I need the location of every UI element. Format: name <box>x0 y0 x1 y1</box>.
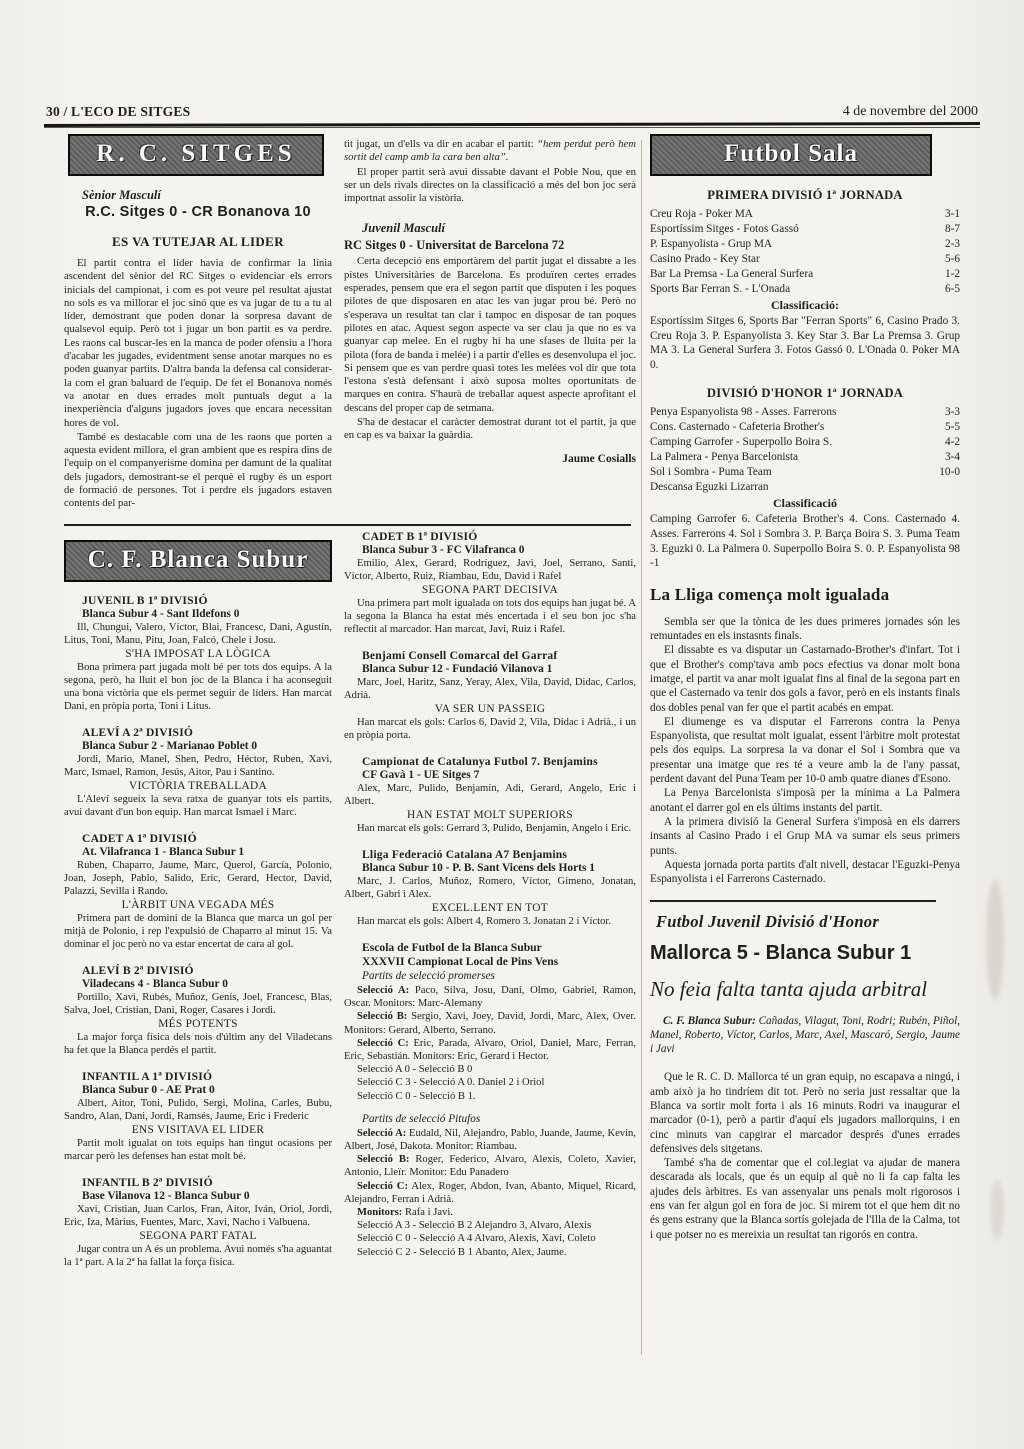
match-name: La Palmera - Penya Barcelonista <box>650 450 798 465</box>
seleccio-line: Selecció B: Sergio, Xavi, Joey, David, J… <box>344 1010 636 1036</box>
section-body: Han marcat els gols: Carlos 6, David 2, … <box>344 716 636 742</box>
lliga-paragraph: La Penya Barcelonista s'imposà per la mí… <box>650 786 960 815</box>
section-title: CADET B 1ª DIVISIÓ <box>362 530 636 543</box>
section-body: L'Aleví segueix la seva ratxa de guanyar… <box>64 793 332 819</box>
article-paragraph: Certa decepció ens emportàrem del partit… <box>344 255 636 415</box>
section-subhead: MÉS POTENTS <box>64 1018 332 1030</box>
section-scoreline: Blanca Subur 3 - FC Vilafranca 0 <box>362 544 636 556</box>
match-report-section: Lliga Federació Catalana A7 Benjamins Bl… <box>344 848 636 928</box>
rc-sitges-banner: R. C. SITGES <box>68 134 324 176</box>
match-name: Bar La Premsa - La General Surfera <box>650 267 813 282</box>
match-report-section: Campionat de Catalunya Futbol 7. Benjami… <box>344 755 636 835</box>
page-number-title: 30 / L'ECO DE SITGES <box>46 104 190 120</box>
section-title: Benjamí Consell Comarcal del Garraf <box>362 649 636 662</box>
section-title: INFANTIL A 1ª DIVISIÓ <box>82 1070 332 1083</box>
section-body: Bona primera part jugada molt bé per tot… <box>64 661 332 713</box>
section-title: JUVENIL B 1ª DIVISIÓ <box>82 594 332 607</box>
column-divider-rule <box>641 140 642 1355</box>
seleccio-result: Selecció A 3 - Selecció B 2 Alejandro 3,… <box>357 1220 591 1231</box>
section-subhead: L'ÀRBIT UNA VEGADA MÉS <box>64 899 332 911</box>
rest-note-row: Descansa Eguzki Lizarran <box>650 480 960 495</box>
rugby-juvenil-scoreline: RC Sitges 0 - Universitat de Barcelona 7… <box>344 238 636 253</box>
seleccio-result: Selecció C 0 - Selecció A 4 Alvaro, Alex… <box>357 1233 596 1244</box>
players-list: Albert, Aitor, Toni, Pulido, Sergi, Moli… <box>64 1097 332 1123</box>
players-list: Ill, Chungui, Valero, Víctor, Blai, Fran… <box>64 621 332 647</box>
match-name: P. Espanyolista - Grup MA <box>650 237 772 252</box>
section-subhead: ENS VISITAVA EL LIDER <box>64 1124 332 1136</box>
section-scoreline: Base Vilanova 12 - Blanca Subur 0 <box>82 1190 332 1202</box>
match-name: Sol i Sombra - Puma Team <box>650 465 772 480</box>
monitors-label: Monitors: <box>357 1207 402 1218</box>
match-report-section: INFANTIL B 2ª DIVISIÓ Base Vilanova 12 -… <box>64 1176 332 1269</box>
match-result-row: Cons. Casternado - Cafeteria Brother's5-… <box>650 420 960 435</box>
classificacio-title: Classificació: <box>650 298 960 313</box>
seleccio-label: Selecció C: <box>357 1181 408 1192</box>
seleccio-line: Selecció A: Eudald, Nil, Alejandro, Pabl… <box>344 1127 636 1153</box>
article-paragraph: També es destacable com una de les raons… <box>64 431 332 511</box>
section-body: Una primera part molt igualada on tots d… <box>344 597 636 636</box>
players-list: Alex, Marc, Pulido, Benjamín, Adi, Gerar… <box>344 782 636 808</box>
lliga-headline: La Lliga comença molt igualada <box>650 585 960 605</box>
section-subhead: S'HA IMPOSAT LA LÒGICA <box>64 648 332 660</box>
lliga-paragraph: Sembla ser que la tònica de les dues pri… <box>650 615 960 644</box>
futbol-juvenil-kicker: Futbol Juvenil Divisió d'Honor <box>656 912 960 932</box>
seleccio-line: Selecció B: Roger, Federico, Alvaro, Ale… <box>344 1153 636 1179</box>
match-report-section: Benjamí Consell Comarcal del Garraf Blan… <box>344 649 636 742</box>
seleccio-result-line: Selecció C 0 - Selecció A 4 Alvaro, Alex… <box>344 1232 636 1245</box>
juvenil-paragraph: També s'ha de comentar que el col.legiat… <box>650 1156 960 1242</box>
scan-smudge <box>990 1180 1004 1240</box>
category-senior-masculi: Sènior Masculí <box>82 188 332 203</box>
seleccio-label: Selecció A: <box>357 1128 406 1139</box>
match-result-row: Bar La Premsa - La General Surfera1-2 <box>650 267 960 282</box>
section-scoreline: At. Vilafranca 1 - Blanca Subur 1 <box>82 846 332 858</box>
section-body: Partit molt igualat on tots equips han t… <box>64 1137 332 1163</box>
lineup-credit: C. F. Blanca Subur: Cañadas, Vilagut, To… <box>650 1014 960 1056</box>
article-paragraph: El proper partit serà avui dissabte dava… <box>344 166 636 206</box>
match-name: Camping Garrofer - Superpollo Boira S. <box>650 435 832 450</box>
newspaper-page: { "header": { "page_title": "30 / L'ECO … <box>0 0 1024 1449</box>
blanca-subur-middle-column: CADET B 1ª DIVISIÓ Blanca Subur 3 - FC V… <box>344 530 636 1272</box>
rest-note: Descansa Eguzki Lizarran <box>650 480 769 495</box>
section-title: Campionat de Catalunya Futbol 7. Benjami… <box>362 755 636 768</box>
match-result-row: Sol i Sombra - Puma Team10-0 <box>650 465 960 480</box>
futbol-juvenil-top-rule <box>650 900 936 902</box>
seleccio-result-line: Selecció A 0 - Selecció B 0 <box>344 1063 636 1076</box>
match-report-section: INFANTIL A 1ª DIVISIÓ Blanca Subur 0 - A… <box>64 1070 332 1163</box>
section-subhead: HAN ESTAT MOLT SUPERIORS <box>344 809 636 821</box>
blanca-subur-banner: C. F. Blanca Subur <box>64 540 332 582</box>
match-result-row: La Palmera - Penya Barcelonista3-4 <box>650 450 960 465</box>
seleccio-label: Selecció A: <box>357 985 409 996</box>
players-list: Jordi, Mario, Manel, Shen, Pedro, Héctor… <box>64 753 332 779</box>
primera-divisio-block: PRIMERA DIVISIÓ 1ª JORNADA Creu Roja - P… <box>650 188 960 372</box>
seleccio-result-line: Selecció C 3 - Selecció A 0. Daniel 2 i … <box>344 1076 636 1089</box>
rugby-section-bottom-rule <box>64 524 631 526</box>
rugby-headline: ES VA TUTEJAR AL LIDER <box>64 234 332 250</box>
lliga-paragraph: El dissabte es va disputar un Castarnado… <box>650 643 960 714</box>
match-score: 1-2 <box>945 267 960 282</box>
section-title: ALEVÍ B 2ª DIVISIÓ <box>82 964 332 977</box>
lliga-paragraph: Aquesta jornada porta partits d'alt nive… <box>650 858 960 887</box>
match-report-section: ALEVÍ A 2ª DIVISIÓ Blanca Subur 2 - Mari… <box>64 726 332 819</box>
rugby-senior-scoreline: R.C. Sitges 0 - CR Bonanova 10 <box>64 204 332 220</box>
section-body: Jugar contra un A és un problema. Avui n… <box>64 1243 332 1269</box>
section-title: Lliga Federació Catalana A7 Benjamins <box>362 848 636 861</box>
section-scoreline: Viladecans 4 - Blanca Subur 0 <box>82 978 332 990</box>
match-result-row: Creu Roja - Poker MA3-1 <box>650 207 960 222</box>
match-score: 8-7 <box>945 222 960 237</box>
rc-sitges-continuation-column: tit jugat, un d'ells va dir en acabar el… <box>344 138 636 465</box>
divisio-honor-title: DIVISIÓ D'HONOR 1ª JORNADA <box>650 386 960 401</box>
seleccio-line: Selecció A: Paco, Silva, Josu, Dani, Olm… <box>344 984 636 1010</box>
section-subhead: EXCEL.LENT EN TOT <box>344 902 636 914</box>
primera-divisio-title: PRIMERA DIVISIÓ 1ª JORNADA <box>650 188 960 203</box>
match-report-section: JUVENIL B 1ª DIVISIÓ Blanca Subur 4 - Sa… <box>64 594 332 713</box>
seleccio-result: Selecció C 2 - Selecció B 1 Abanto, Alex… <box>357 1247 566 1258</box>
players-list: Portillo, Xavi, Rubés, Muñoz, Genís, Joe… <box>64 991 332 1017</box>
mallorca-scoreline: Mallorca 5 - Blanca Subur 1 <box>650 942 960 965</box>
match-score: 4-2 <box>945 435 960 450</box>
section-title: ALEVÍ A 2ª DIVISIÓ <box>82 726 332 739</box>
match-name: Creu Roja - Poker MA <box>650 207 753 222</box>
match-score: 2-3 <box>945 237 960 252</box>
escola-futbol-section: Escola de Futbol de la Blanca Subur XXXV… <box>344 941 636 1259</box>
match-score: 6-5 <box>945 282 960 297</box>
section-body: Han marcat els gols: Gerrard 3, Pulido, … <box>344 822 636 835</box>
category-juvenil-masculi: Juvenil Masculí <box>362 221 636 236</box>
seleccio-result: Selecció C 3 - Selecció A 0. Daniel 2 i … <box>357 1077 544 1088</box>
seleccio-result-line: Selecció A 3 - Selecció B 2 Alejandro 3,… <box>344 1219 636 1232</box>
monitors-names: Rafa i Javi. <box>405 1207 453 1218</box>
continuation-text: tit jugat, un d'ells va dir en acabar el… <box>344 138 537 150</box>
seleccio-label: Selecció B: <box>357 1011 407 1022</box>
section-scoreline: Blanca Subur 4 - Sant Ildefons 0 <box>82 608 332 620</box>
match-score: 5-5 <box>945 420 960 435</box>
seleccio-line: Selecció C: Eric, Parada, Alvaro, Oriol,… <box>344 1037 636 1063</box>
section-title: CADET A 1ª DIVISIÓ <box>82 832 332 845</box>
match-score: 10-0 <box>939 465 960 480</box>
classificacio-title: Classificació <box>650 496 960 511</box>
section-subhead: SEGONA PART FATAL <box>64 1230 332 1242</box>
blanca-subur-left-column: C. F. Blanca Subur JUVENIL B 1ª DIVISIÓ … <box>64 540 332 1282</box>
promeses-subtitle: Partits de selecció promerses <box>362 970 636 982</box>
futbol-sala-column: Futbol Sala PRIMERA DIVISIÓ 1ª JORNADA C… <box>650 134 960 1242</box>
futbol-juvenil-block: Futbol Juvenil Divisió d'Honor Mallorca … <box>650 912 960 1242</box>
match-name: Penya Espanyolista 98 - Asses. Farrerons <box>650 405 836 420</box>
section-body: La major força física dels nois d'últim … <box>64 1031 332 1057</box>
section-scoreline: Blanca Subur 2 - Marianao Poblet 0 <box>82 740 332 752</box>
players-list: Ruben, Chaparro, Jaume, Marc, Querol, Ga… <box>64 859 332 898</box>
section-subhead: SEGONA PART DECISIVA <box>344 584 636 596</box>
scan-smudge <box>986 880 1004 1000</box>
monitors-line: Monitors: Rafa i Javi. <box>344 1206 636 1219</box>
seleccio-result-line: Selecció C 2 - Selecció B 1 Abanto, Alex… <box>344 1246 636 1259</box>
match-name: Cons. Casternado - Cafeteria Brother's <box>650 420 824 435</box>
section-title: INFANTIL B 2ª DIVISIÓ <box>82 1176 332 1189</box>
players-list: Marc, J. Carlos, Muñoz, Romero, Víctor, … <box>344 875 636 901</box>
rc-sitges-article-column: R. C. SITGES Sènior Masculí R.C. Sitges … <box>64 134 332 511</box>
lliga-paragraph: A la primera divisió la General Surfera … <box>650 815 960 858</box>
arbitral-headline: No feia falta tanta ajuda arbitral <box>650 977 960 1002</box>
section-scoreline: Blanca Subur 10 - P. B. Sant Vicens dels… <box>362 862 636 874</box>
masthead: 30 / L'ECO DE SITGES 4 de novembre del 2… <box>44 104 980 128</box>
seleccio-result: Selecció A 0 - Selecció B 0 <box>357 1064 472 1075</box>
match-name: Sports Bar Ferran S. - L'Onada <box>650 282 790 297</box>
seleccio-label: Selecció C: <box>357 1038 409 1049</box>
players-list: Xavi, Cristian, Juan Carlos, Fran, Aitor… <box>64 1203 332 1229</box>
players-list: Emilio, Alex, Gerard, Rodríguez, Javi, J… <box>344 557 636 583</box>
classificacio-text: Esportíssim Sitges 6, Sports Bar "Ferran… <box>650 314 960 372</box>
article-paragraph: S'ha de destacar el caràcter demostrat d… <box>344 416 636 443</box>
match-name: Casino Prado - Key Star <box>650 252 760 267</box>
match-report-section: CADET B 1ª DIVISIÓ Blanca Subur 3 - FC V… <box>344 530 636 636</box>
match-result-row: Sports Bar Ferran S. - L'Onada6-5 <box>650 282 960 297</box>
lliga-comentary-block: La Lliga comença molt igualada Sembla se… <box>650 585 960 887</box>
pitufos-subtitle: Partits de selecció Pitufos <box>362 1113 636 1125</box>
match-name: Esportíssim Sitges - Fotos Gassó <box>650 222 799 237</box>
seleccio-label: Selecció B: <box>357 1154 409 1165</box>
match-score: 3-3 <box>945 405 960 420</box>
section-scoreline: Blanca Subur 0 - AE Prat 0 <box>82 1084 332 1096</box>
divisio-honor-block: DIVISIÓ D'HONOR 1ª JORNADA Penya Espanyo… <box>650 386 960 570</box>
match-report-section: CADET A 1ª DIVISIÓ At. Vilafranca 1 - Bl… <box>64 832 332 951</box>
match-report-section: ALEVÍ B 2ª DIVISIÓ Viladecans 4 - Blanca… <box>64 964 332 1057</box>
author-byline: Jaume Cosialls <box>344 453 636 465</box>
article-paragraph: El partit contra el líder havia de confi… <box>64 257 332 430</box>
section-body: Primera part de domini de la Blanca que … <box>64 912 332 951</box>
match-score: 3-1 <box>945 207 960 222</box>
match-score: 3-4 <box>945 450 960 465</box>
escola-title-line2: XXXVII Campionat Local de Pins Vens <box>362 955 636 968</box>
issue-date: 4 de novembre del 2000 <box>843 104 978 120</box>
match-result-row: Esportíssim Sitges - Fotos Gassó8-7 <box>650 222 960 237</box>
article-continuation-paragraph: tit jugat, un d'ells va dir en acabar el… <box>344 138 636 165</box>
section-scoreline: Blanca Subur 12 - Fundació Vilanova 1 <box>362 663 636 675</box>
match-result-row: Camping Garrofer - Superpollo Boira S.4-… <box>650 435 960 450</box>
seleccio-result: Selecció C 0 - Selecció B 1. <box>357 1091 476 1102</box>
seleccio-result-line: Selecció C 0 - Selecció B 1. <box>344 1090 636 1103</box>
match-result-row: P. Espanyolista - Grup MA2-3 <box>650 237 960 252</box>
masthead-rule-thin <box>44 127 980 128</box>
classificacio-text: Camping Garrofer 6. Cafeteria Brother's … <box>650 512 960 570</box>
juvenil-paragraph: Que le R. C. D. Mallorca té un gran equi… <box>650 1070 960 1156</box>
match-result-row: Penya Espanyolista 98 - Asses. Farrerons… <box>650 405 960 420</box>
lineup-team-label: C. F. Blanca Subur: <box>663 1015 756 1027</box>
seleccio-line: Selecció C: Alex, Roger, Abdon, Ivan, Ab… <box>344 1180 636 1206</box>
escola-title-line1: Escola de Futbol de la Blanca Subur <box>362 941 636 954</box>
section-scoreline: CF Gavà 1 - UE Sitges 7 <box>362 769 636 781</box>
lliga-paragraph: El diumenge es va disputar el Farrerons … <box>650 715 960 786</box>
section-body: Han marcat els gols: Albert 4, Romero 3.… <box>344 915 636 928</box>
section-subhead: VICTÒRIA TREBALLADA <box>64 780 332 792</box>
futbol-sala-banner: Futbol Sala <box>650 134 932 176</box>
section-subhead: VA SER UN PASSEIG <box>344 703 636 715</box>
match-result-row: Casino Prado - Key Star5-6 <box>650 252 960 267</box>
players-list: Marc, Joel, Haritz, Sanz, Yeray, Alex, V… <box>344 676 636 702</box>
match-score: 5-6 <box>945 252 960 267</box>
